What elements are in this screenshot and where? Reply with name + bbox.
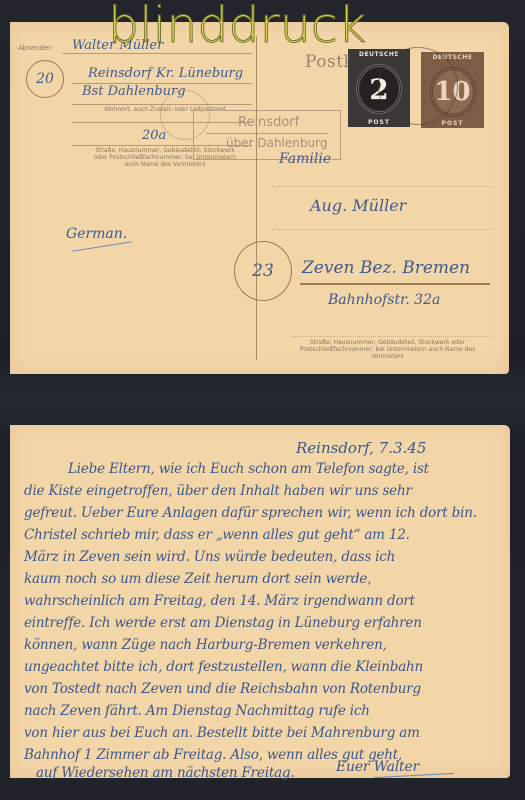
letter-dateline: Reinsdorf, 7.3.45 <box>296 439 426 457</box>
letter-line-3: gefreut. Ueber Eure Anlagen dafür sprech… <box>24 505 477 521</box>
box-stamp-separator <box>206 133 328 134</box>
sender-locality: Reinsdorf Kr. Lüneburg <box>88 66 243 81</box>
note-underline <box>72 241 131 251</box>
sender-label: Absender: <box>18 44 54 52</box>
letter-line-10: ungeachtet bitte ich, dort festzustellen… <box>24 659 423 675</box>
recipient-rule-3 <box>292 336 492 337</box>
sender-house-number: 20a <box>142 128 166 143</box>
letter-line-7: wahrscheinlich am Freitag, den 14. März … <box>24 593 415 609</box>
recipient-name: Aug. Müller <box>310 196 406 215</box>
recipient-city: Zeven Bez. Bremen <box>302 258 470 278</box>
letter-line-9: können, wann Züge nach Harburg-Bremen ve… <box>24 637 387 653</box>
recipient-street: Bahnhofstr. 32a <box>328 292 440 308</box>
box-stamp-line2: über Dahlenburg <box>226 136 327 150</box>
letter-line-15: auf Wiedersehen am nächsten Freitag. <box>36 765 294 781</box>
recipient-postcode: 23 <box>252 261 274 281</box>
recipient-city-rule <box>300 283 490 285</box>
stamp-cancel-postmark <box>378 47 458 125</box>
letter-line-12: nach Zeven fährt. Am Dienstag Nachmittag… <box>24 703 370 719</box>
letter-signoff: Euer Walter <box>336 759 419 775</box>
sender-postcode: 20 <box>36 71 54 87</box>
sender-postcode-circle: 20 <box>26 60 64 98</box>
recipient-caption: Straße, Hausnummer, Gebäudeteil, Stockwe… <box>290 339 485 360</box>
watermark-text: blinddruck <box>108 0 366 54</box>
letter-line-8: eintreffe. Ich werde erst am Dienstag in… <box>24 615 422 631</box>
letter-line-4: Christel schrieb mir, dass er „wenn alle… <box>24 527 410 543</box>
letter-line-5: März in Zeven sein wird. Uns würde bedeu… <box>24 549 395 565</box>
recipient-rule-1 <box>272 186 492 187</box>
handwritten-note: German. <box>66 226 127 242</box>
letter-line-1: Liebe Eltern, wie ich Euch schon am Tele… <box>68 461 429 477</box>
box-stamp-line1: Reinsdorf <box>238 115 299 130</box>
recipient-line1: Familie <box>279 151 331 167</box>
recipient-postcode-stem <box>256 300 257 360</box>
recipient-rule-2 <box>272 229 492 230</box>
letter-line-6: kaum noch so um diese Zeit herum dort se… <box>24 571 371 587</box>
stamp-2-post: POST <box>368 119 390 126</box>
letter-line-2: die Kiste eingetroffen, über den Inhalt … <box>24 483 412 499</box>
stamp-10-post: POST <box>442 120 464 127</box>
letter-line-13: von hier aus bei Euch an. Bestellt bitte… <box>24 725 420 741</box>
recipient-postcode-circle: 23 <box>234 241 292 301</box>
letter-line-11: von Tostedt nach Zeven und die Reichsbah… <box>24 681 421 697</box>
